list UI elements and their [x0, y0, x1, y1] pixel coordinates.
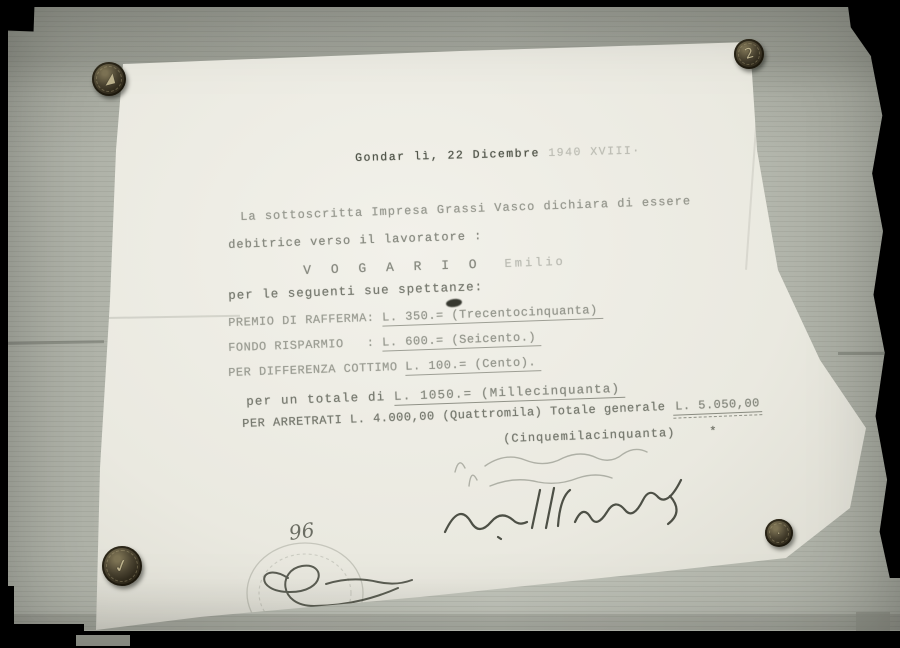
entitlement-label: PER DIFFERENZA COTTIMO	[228, 360, 406, 380]
entitlement-amount: L. 100.= (Cento).	[405, 355, 541, 376]
opening-line-2: debitrice verso il lavoratore :	[228, 229, 483, 252]
handwritten-number: 96	[287, 518, 316, 545]
grand-total-amount: L. 5.050,00	[673, 396, 762, 416]
date-year-faded: 1940 XVIII·	[548, 145, 641, 160]
corner-mark	[6, 6, 35, 32]
label-chip	[76, 635, 130, 646]
paper-crease	[90, 315, 240, 320]
worker-surname: V O G A R I O	[303, 257, 483, 278]
tack-glyph: ✓	[112, 554, 132, 578]
entitlement-amount: L. 350.= (Trecentocinquanta)	[382, 303, 603, 327]
entitlement-row: PER DIFFERENZA COTTIMO L. 100.= (Cento).	[228, 355, 541, 380]
pencil-annotation	[455, 449, 647, 486]
thumbtack-icon: ✓	[102, 546, 142, 586]
thumbtack-icon: ·	[765, 519, 793, 547]
thumbtack-icon: 2	[734, 39, 764, 69]
entitlement-label: PREMIO DI RAFFERMA:	[228, 311, 382, 330]
corner-mark	[0, 624, 84, 648]
entitlement-row: PREMIO DI RAFFERMA: L. 350.= (Trecentoci…	[228, 303, 603, 330]
ink-signature	[445, 480, 681, 539]
entitlement-row: FONDO RISPARMIO : L. 600.= (Seicento.)	[228, 330, 541, 355]
photo-frame-edge	[0, 0, 900, 7]
tack-glyph: 2	[743, 45, 756, 63]
entitlement-label: FONDO RISPARMIO :	[228, 336, 382, 355]
photo-frame-edge	[0, 631, 900, 648]
ink-smudge	[446, 298, 463, 308]
date-line: Gondar lì, 22 Dicembre 1940 XVIII·	[355, 145, 641, 165]
asterisk-mark: *	[709, 425, 718, 439]
worker-first-name: Emilio	[504, 255, 566, 271]
total-prefix: per un totale di	[246, 390, 394, 409]
photographed-document: Gondar lì, 22 Dicembre 1940 XVIII· La so…	[0, 0, 900, 648]
board-seam	[838, 352, 884, 355]
worker-name-line: V O G A R I OEmilio	[303, 254, 566, 278]
opening-line-1: La sottoscritta Impresa Grassi Vasco dic…	[240, 194, 691, 224]
entitlements-intro: per le seguenti sue spettanze:	[228, 280, 483, 303]
tack-glyph: ·	[776, 526, 783, 539]
entitlement-amount: L. 600.= (Seicento.)	[382, 330, 541, 352]
thumbtack-icon: ◢	[92, 62, 126, 96]
photo-frame-edge	[0, 0, 8, 648]
date-place: Gondar lì, 22 Dicembre	[355, 147, 549, 165]
label-chip	[856, 612, 890, 631]
tack-glyph: ◢	[102, 70, 116, 87]
